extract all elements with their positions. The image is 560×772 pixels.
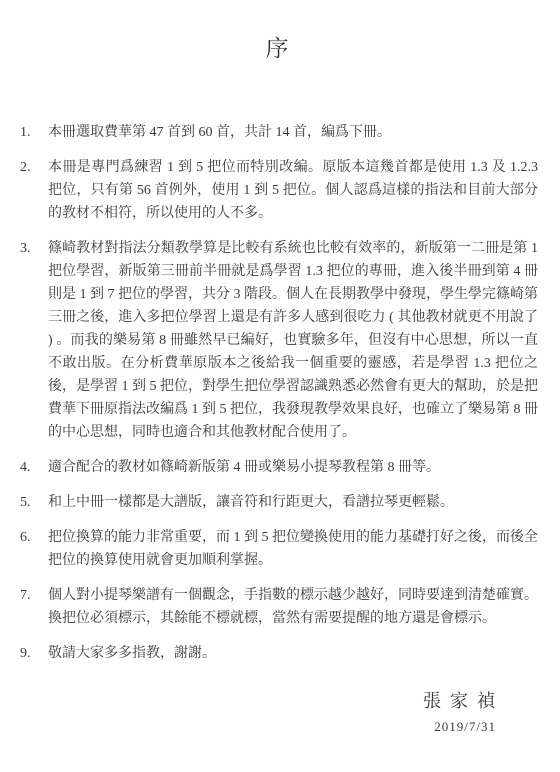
item-number: 2. xyxy=(18,156,48,225)
list-item: 2. 本冊是專門爲練習 1 到 5 把位而特別改編。原版本這幾首都是使用 1.3… xyxy=(18,156,538,225)
item-number: 6. xyxy=(18,526,48,572)
item-number: 5. xyxy=(18,491,48,514)
item-text: 適合配合的教材如篠崎新版第 4 冊或樂易小提琴教程第 8 冊等。 xyxy=(48,456,538,479)
list-item: 5. 和上中冊一樣都是大譜版，讓音符和行距更大，看譜拉琴更輕鬆。 xyxy=(18,491,538,514)
document-date: 2019/7/31 xyxy=(18,719,504,735)
author-signature: 張家禎 xyxy=(18,687,504,713)
list-item: 6. 把位換算的能力非常重要，而 1 到 5 把位變換使用的能力基礎打好之後，而… xyxy=(18,526,538,572)
item-number: 4. xyxy=(18,456,48,479)
list-item: 1. 本冊選取費華第 47 首到 60 首，共計 14 首，編爲下冊。 xyxy=(18,121,538,144)
list-item: 4. 適合配合的教材如篠崎新版第 4 冊或樂易小提琴教程第 8 冊等。 xyxy=(18,456,538,479)
item-text: 把位換算的能力非常重要，而 1 到 5 把位變換使用的能力基礎打好之後，而後全把… xyxy=(48,526,538,572)
page-title: 序 xyxy=(18,30,538,63)
item-text: 篠崎教材對指法分類教學算是比較有系統也比較有效率的，新版第一二冊是第 1 把位學… xyxy=(48,237,538,444)
item-number: 1. xyxy=(18,121,48,144)
item-text: 敬請大家多多指教，謝謝。 xyxy=(48,642,538,665)
list-item: 3. 篠崎教材對指法分類教學算是比較有系統也比較有效率的，新版第一二冊是第 1 … xyxy=(18,237,538,444)
item-text: 和上中冊一樣都是大譜版，讓音符和行距更大，看譜拉琴更輕鬆。 xyxy=(48,491,538,514)
item-number: 9. xyxy=(18,642,48,665)
signature-block: 張家禎 2019/7/31 xyxy=(18,687,538,735)
item-text: 本冊選取費華第 47 首到 60 首，共計 14 首，編爲下冊。 xyxy=(48,121,538,144)
list-item: 9. 敬請大家多多指教，謝謝。 xyxy=(18,642,538,665)
item-number: 3. xyxy=(18,237,48,444)
item-text: 本冊是專門爲練習 1 到 5 把位而特別改編。原版本這幾首都是使用 1.3 及 … xyxy=(48,156,538,225)
document-page: 序 1. 本冊選取費華第 47 首到 60 首，共計 14 首，編爲下冊。 2.… xyxy=(0,0,560,772)
numbered-list: 1. 本冊選取費華第 47 首到 60 首，共計 14 首，編爲下冊。 2. 本… xyxy=(18,121,538,665)
item-number: 7. xyxy=(18,584,48,630)
item-text: 個人對小提琴樂譜有一個觀念，手指數的標示越少越好，同時要達到清楚確實。換把位必須… xyxy=(48,584,538,630)
list-item: 7. 個人對小提琴樂譜有一個觀念，手指數的標示越少越好，同時要達到清楚確實。換把… xyxy=(18,584,538,630)
